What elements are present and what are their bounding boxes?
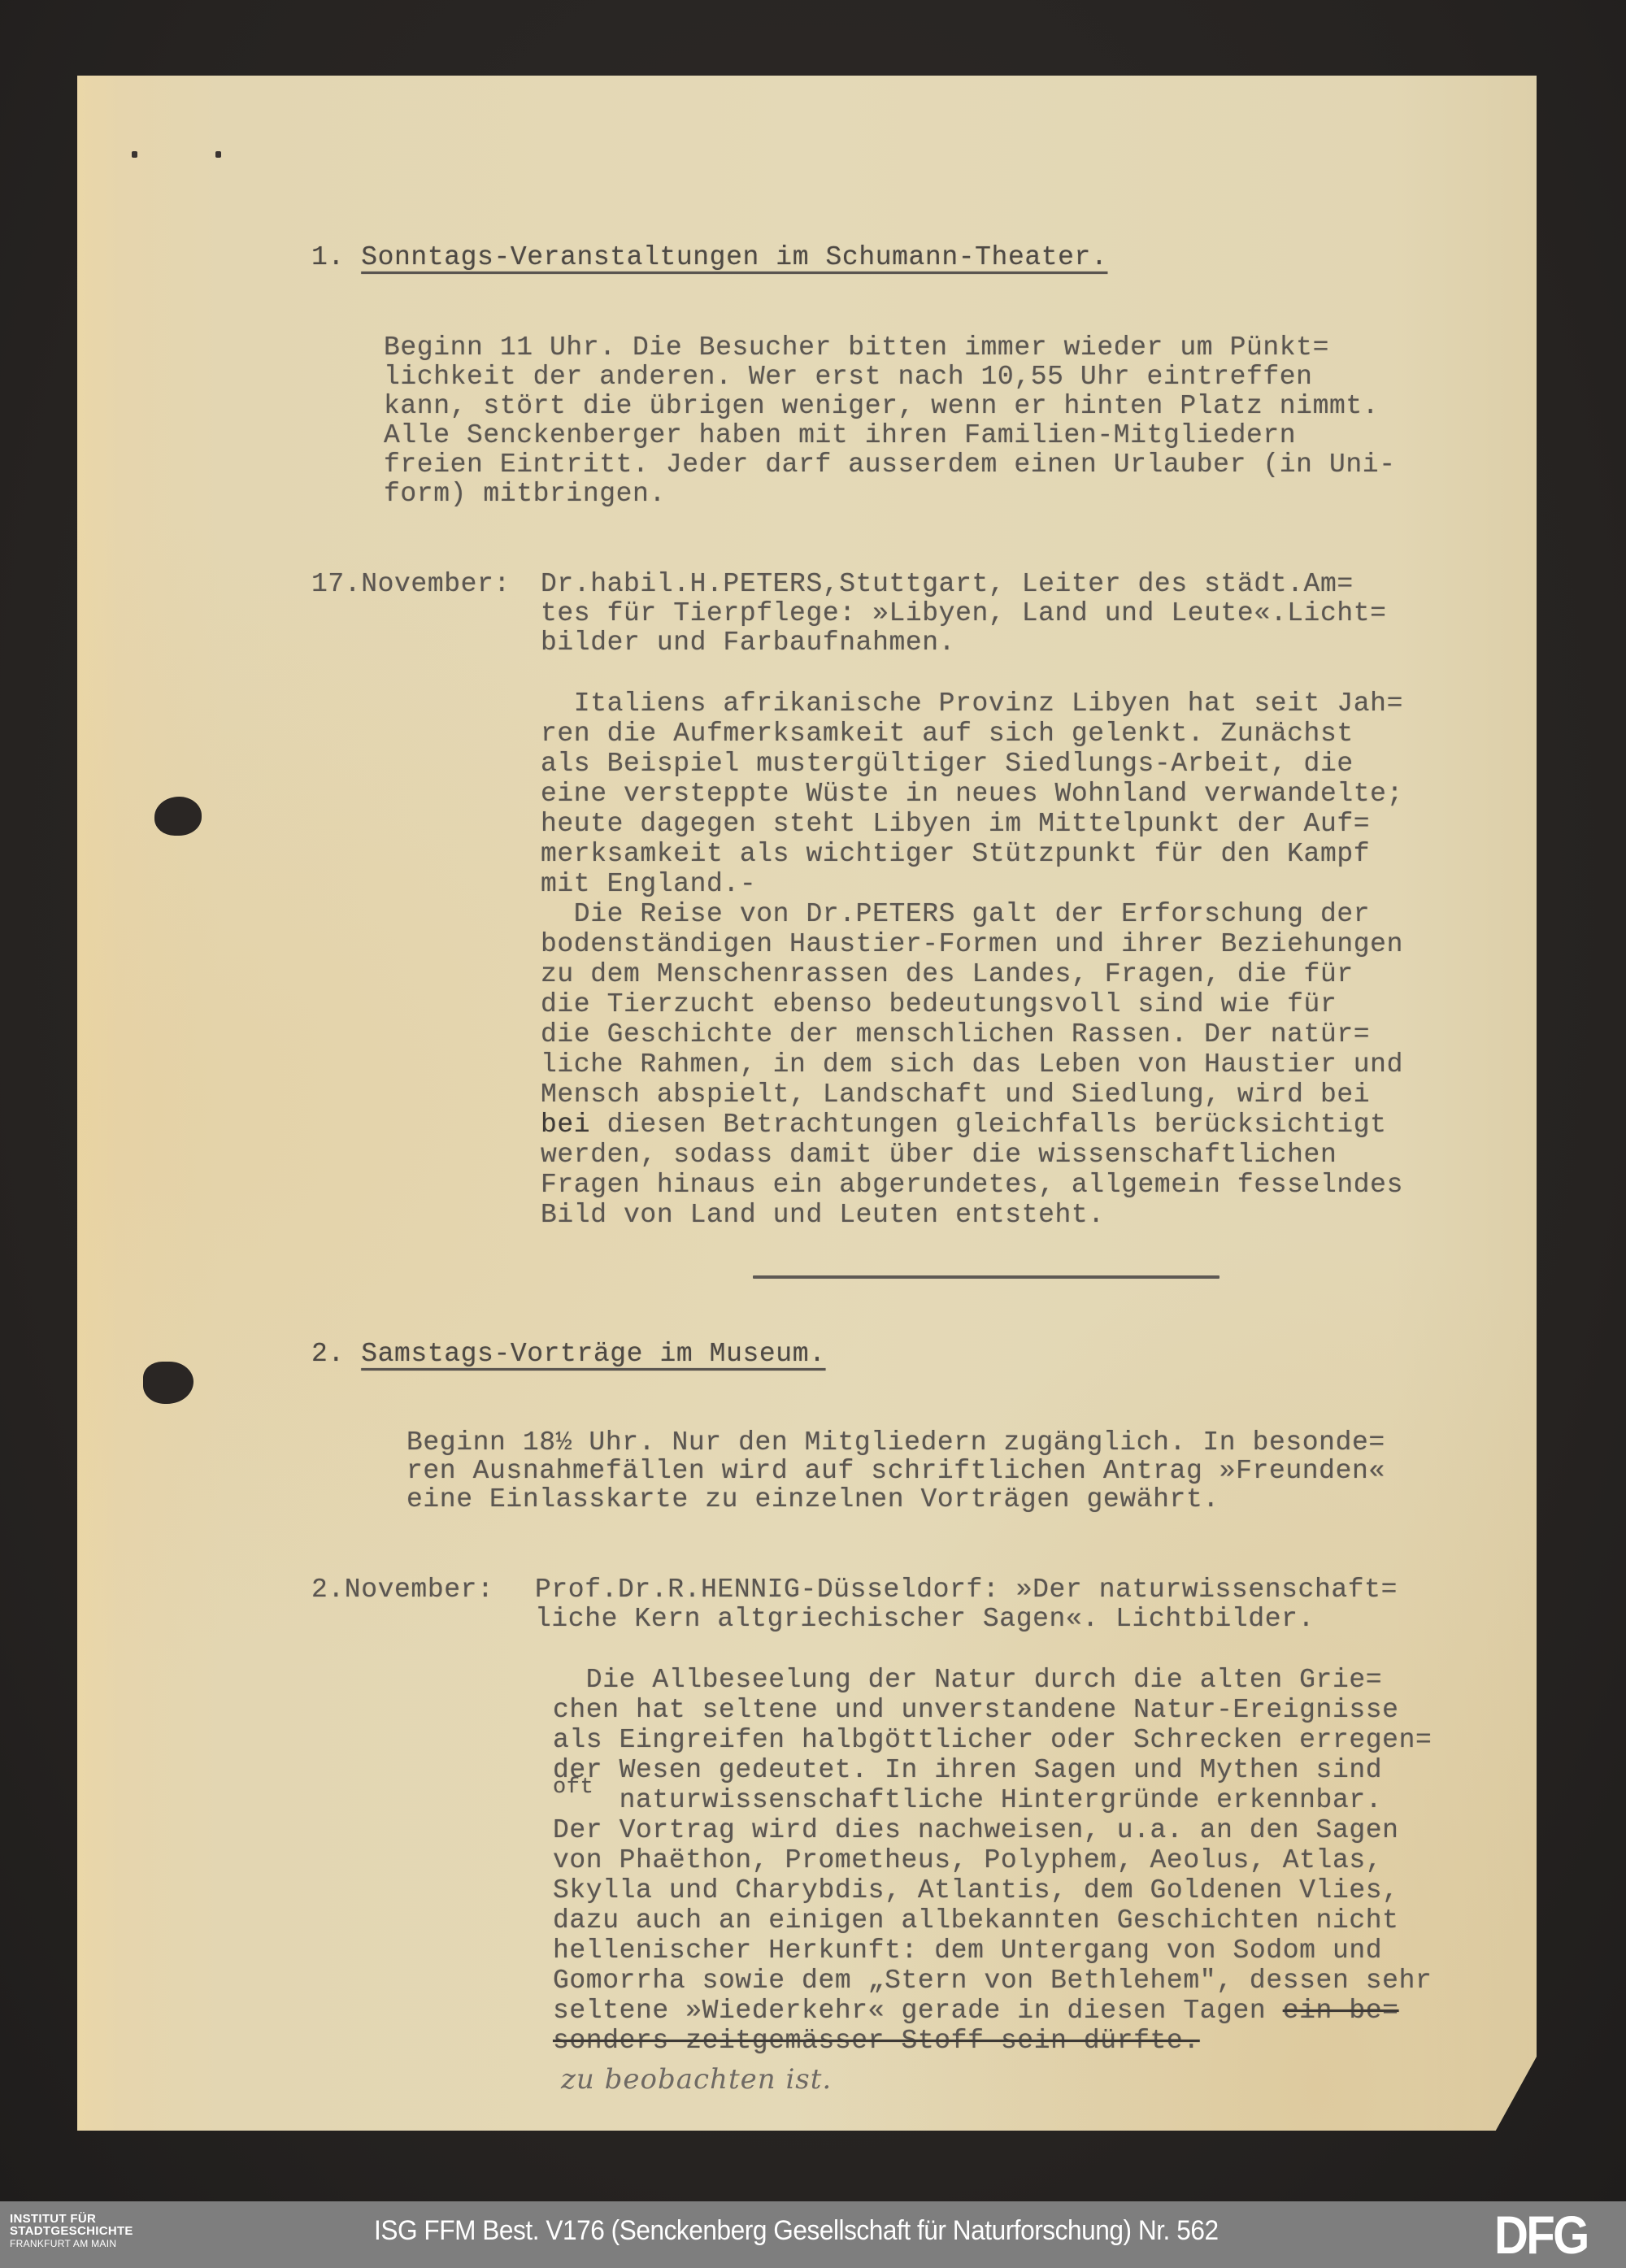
section-2-title: Samstags-Vorträge im Museum. [361, 1339, 825, 1369]
text-line: Beginn 18½ Uhr. Nur den Mitgliedern zugä… [406, 1427, 1385, 1459]
event-body-line: als Beispiel mustergültiger Siedlungs-Ar… [541, 749, 1354, 780]
text-line: form) mitbringen. [384, 479, 666, 511]
section-1-number: 1. [311, 242, 345, 272]
logo-line-2: STADTGESCHICHTE [10, 2225, 133, 2237]
event-body-line: Fragen hinaus ein abgerundetes, allgemei… [541, 1170, 1403, 1201]
struck-text: ein be= [1283, 1996, 1399, 2026]
event-body-line: Die Reise von Dr.PETERS galt der Erforsc… [541, 899, 1370, 931]
event-body-line: von Phaëthon, Prometheus, Polyphem, Aeol… [553, 1845, 1382, 1877]
struck-line: sonders zeitgemässer Stoff sein dürfte. [553, 2026, 1200, 2057]
section-1-title: Sonntags-Veranstaltungen im Schumann-The… [361, 242, 1107, 272]
event-header-line: tes für Tierpflege: »Libyen, Land und Le… [541, 598, 1387, 630]
section-2-number: 2. [311, 1339, 345, 1369]
event-header-line: Prof.Dr.R.HENNIG-Düsseldorf: »Der naturw… [535, 1575, 1398, 1606]
isg-logo: INSTITUT FÜR STADTGESCHICHTE FRANKFURT A… [10, 2213, 133, 2250]
event-body-line: als Eingreifen halbgöttlicher oder Schre… [553, 1725, 1432, 1757]
handwritten-note: zu beobachten ist. [561, 2063, 832, 2096]
event-date: 17.November: [311, 569, 511, 601]
event-body-line: Italiens afrikanische Provinz Libyen hat… [541, 689, 1403, 720]
event-body-line: Die Allbeseelung der Natur durch die alt… [553, 1665, 1382, 1697]
event-body-line: die Geschichte der menschlichen Rassen. … [541, 1019, 1370, 1051]
event-header-line: liche Kern altgriechischer Sagen«. Licht… [535, 1604, 1315, 1636]
event-body-line: Der Vortrag wird dies nachweisen, u.a. a… [553, 1815, 1399, 1847]
event-body-line: ren die Aufmerksamkeit auf sich gelenkt.… [541, 719, 1354, 750]
event-body-line: heute dagegen steht Libyen im Mittelpunk… [541, 809, 1370, 841]
event-body-line: liche Rahmen, in dem sich das Leben von … [541, 1049, 1403, 1081]
event-body-line: die Tierzucht ebenso bedeutungsvoll sind… [541, 989, 1337, 1021]
event-header-line: bilder und Farbaufnahmen. [541, 628, 955, 659]
logo-line-1: INSTITUT FÜR [10, 2213, 133, 2225]
event-body-line: bodenständigen Haustier-Formen und ihrer… [541, 929, 1403, 961]
section-2-heading: 2. Samstags-Vorträge im Museum. [311, 1339, 826, 1371]
event-body-line: dazu auch an einigen allbekannten Geschi… [553, 1905, 1399, 1937]
event-body-line: zu dem Menschenrassen des Landes, Fragen… [541, 959, 1354, 991]
text-line: eine Einlasskarte zu einzelnen Vorträgen… [406, 1484, 1219, 1516]
section-1-heading: 1. Sonntags-Veranstaltungen im Schumann-… [311, 242, 1107, 274]
text-line: freien Eintritt. Jeder darf ausserdem ei… [384, 450, 1396, 481]
event-body-line: Bild von Land und Leuten entsteht. [541, 1200, 1105, 1232]
event-date: 2.November: [311, 1575, 493, 1606]
event-body-line: Skylla und Charybdis, Atlantis, dem Gold… [553, 1875, 1399, 1907]
event-body-line: merksamkeit als wichtiger Stützpunkt für… [541, 839, 1370, 871]
text-line: Beginn 11 Uhr. Die Besucher bitten immer… [384, 332, 1329, 364]
event-body-line: eine versteppte Wüste in neues Wohnland … [541, 779, 1403, 810]
text-line: ren Ausnahmefällen wird auf schriftliche… [406, 1456, 1385, 1488]
event-body-line-edited: seltene »Wiederkehr« gerade in diesen Ta… [553, 1996, 1399, 2027]
dfg-logo: DFG [1494, 2209, 1588, 2260]
text-line: kann, stört die übrigen weniger, wenn er… [384, 391, 1379, 423]
archive-footer: INSTITUT FÜR STADTGESCHICHTE FRANKFURT A… [0, 2201, 1626, 2268]
text-line: Alle Senckenberger haben mit ihren Famil… [384, 420, 1296, 452]
section-divider [753, 1275, 1219, 1279]
text-line: lichkeit der anderen. Wer erst nach 10,5… [384, 362, 1313, 393]
event-header-line: Dr.habil.H.PETERS,Stuttgart, Leiter des … [541, 569, 1354, 601]
kept-text: seltene »Wiederkehr« gerade in diesen Ta… [553, 1996, 1283, 2026]
punch-mark-top [132, 151, 221, 158]
event-body-line: hellenischer Herkunft: dem Untergang von… [553, 1936, 1382, 1967]
event-body-line: werden, sodass damit über die wissenscha… [541, 1140, 1337, 1171]
event-body-line: der Wesen gedeutet. In ihren Sagen und M… [553, 1755, 1382, 1787]
event-body-line: diesen Betrachtungen gleichfalls berücks… [541, 1110, 1387, 1141]
archive-caption: ISG FFM Best. V176 (Senckenberg Gesellsc… [374, 2215, 1219, 2247]
event-body-line: mit England.- [541, 869, 756, 901]
event-body-line: naturwissenschaftliche Hintergründe erke… [553, 1785, 1382, 1817]
event-body-line: Gomorrha sowie dem „Stern von Bethlehem"… [553, 1966, 1432, 1997]
event-body-line: chen hat seltene und unverstandene Natur… [553, 1695, 1399, 1727]
punch-hole-upper [154, 797, 202, 836]
event-body-line: Mensch abspielt, Landschaft und Siedlung… [541, 1080, 1370, 1111]
logo-line-3: FRANKFURT AM MAIN [10, 2238, 133, 2250]
